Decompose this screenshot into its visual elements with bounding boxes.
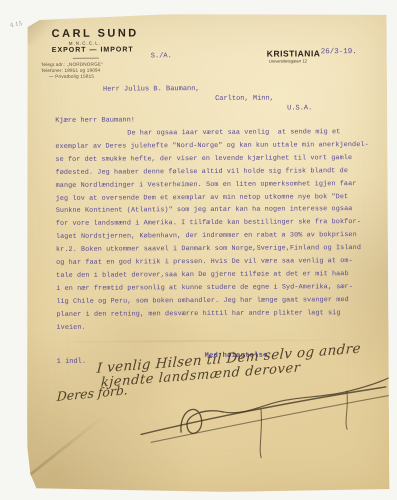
salutation: Kjære herr Baumann! — [55, 116, 135, 124]
letterhead-business-line: EXPORT — IMPORT — [52, 46, 134, 54]
body-text: De har ogsaa iaar været saa venlig at se… — [55, 126, 371, 334]
letterhead-city: KRISTIANIA — [267, 48, 321, 58]
letterhead-rule — [73, 58, 99, 59]
letterhead-phones: Telefoner: 18851 og 19094 — [41, 68, 101, 73]
recipient-country: U.S.A. — [287, 104, 312, 112]
letter-sheet: CARL SUND M.N.C.C.L. EXPORT — IMPORT Tel… — [25, 13, 390, 493]
scan-background: 4 15 CARL SUND M.N.C.C.L. EXPORT — IMPOR… — [0, 0, 397, 500]
letter-date: 26/3-19. — [321, 48, 357, 56]
letterhead-private-phone: — Privatbolig 15815 — [49, 74, 94, 79]
letterhead-street: Universitetsgaten 12 — [269, 58, 307, 63]
pencil-mark: 4 15 — [10, 21, 23, 29]
signature-flourish — [111, 361, 397, 463]
enclosure-note: 1 indl. — [57, 358, 86, 366]
letterhead-company-name: CARL SUND — [52, 27, 139, 40]
paper-crease — [27, 413, 107, 477]
letterhead-telegram-address: Telegr.adr.: „NORDNORGE“ — [41, 62, 103, 67]
letterhead-credentials: M.N.C.C.L. — [69, 41, 101, 46]
recipient-city: Carlton, Minn, — [215, 95, 274, 103]
file-reference: S./A. — [151, 52, 172, 60]
recipient-name: Herr Julius B. Baumann, — [103, 85, 200, 94]
